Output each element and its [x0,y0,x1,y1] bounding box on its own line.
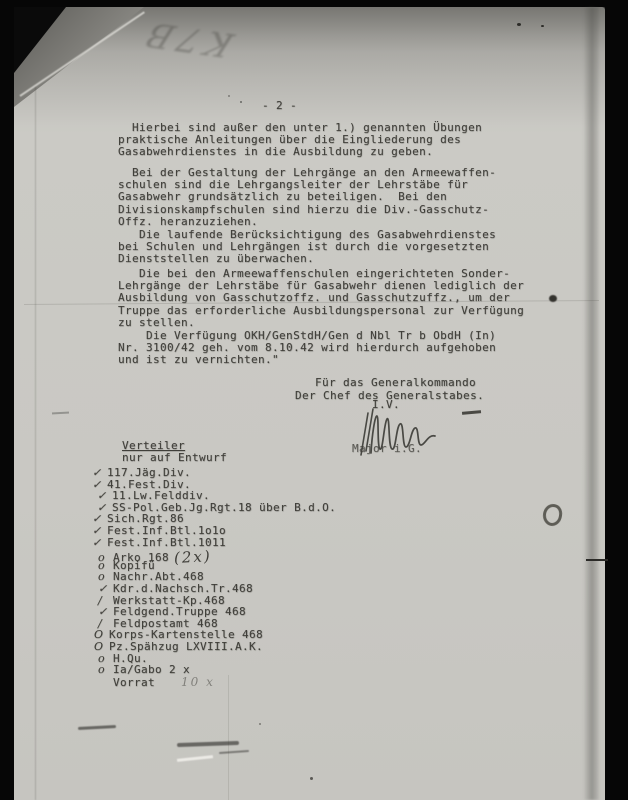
list-item: ✓Fest.Inf.Btl.1011 [92,536,336,548]
smudge [78,725,116,729]
list-item: ✓Fest.Inf.Btl.1o1o [92,524,336,536]
list-item: /Werkstatt-Kp.468 [92,594,336,606]
smudge [219,750,249,754]
circle-mark: o [98,663,113,676]
punch-hole-mark [542,503,564,527]
handwritten-annotation: (2x) [174,547,213,567]
distribution-subtitle: nur auf Entwurf [122,452,227,464]
vertical-crease-bottom [228,675,229,800]
paragraph-1: Hierbei sind außer den unter 1.) genannt… [118,122,482,159]
list-item: /Feldpostamt 468 [92,617,336,629]
list-item: oH.Qu. [92,652,336,664]
list-item: ✓117.Jäg.Div. [92,466,336,478]
speck [259,723,261,725]
edge-pen-dash [586,559,608,561]
smudge [177,741,239,747]
speck [517,23,521,26]
distribution-list: ✓117.Jäg.Div. ✓41.Fest.Div. ✓11.Lw.Feldd… [92,466,336,686]
list-item: oIa/Gabo 2 x [92,663,336,675]
white-scratch [177,755,213,762]
list-item: ✓41.Fest.Div. [92,478,336,490]
list-item: ✓Feldgend.Truppe 468 [92,605,336,617]
list-item: ✓SS-Pol.Geb.Jg.Rgt.18 über B.d.O. [92,501,336,513]
paragraph-3: Die laufende Berücksichtigung des Gasabw… [118,229,496,266]
signer-title: Major i.G. [352,443,422,455]
list-item: oArko 168(2x) [92,547,336,559]
paragraph-4: Die bei den Armeewaffenschulen eingerich… [118,268,524,329]
list-item: OPz.Spähzug LXVIII.A.K. [92,640,336,652]
list-item: oNachr.Abt.468 [92,570,336,582]
list-item: Vorrat10 x [92,675,336,687]
pen-dash [462,410,481,414]
speck [541,25,544,27]
list-item: oKopifü [92,559,336,571]
signature-line-1: Für das Generalkommando [315,377,476,389]
speck [240,101,242,103]
speck [310,777,313,780]
handwritten-annotation: 10 x [181,675,215,689]
page-number: - 2 - [262,100,297,112]
scanned-document: K7B - 2 - Hierbei sind außer den unter 1… [0,0,628,800]
document-page: K7B - 2 - Hierbei sind außer den unter 1… [14,7,605,800]
right-fold-band [583,7,599,800]
paragraph-5: Die Verfügung OKH/GenStdH/Gen d Nbl Tr b… [118,330,496,367]
speck [228,95,230,97]
left-margin-dash [52,412,69,415]
vertical-crease [35,87,36,800]
list-item: OKorps-Kartenstelle 468 [92,628,336,640]
check-mark: ✓ [92,536,107,549]
paragraph-2: Bei der Gestaltung der Lehrgänge an den … [118,167,496,228]
binder-dot [549,295,557,302]
list-item: ✓Kdr.d.Nachsch.Tr.468 [92,582,336,594]
list-item: ✓11.Lw.Felddiv. [92,489,336,501]
list-item: ✓Sich.Rgt.86 [92,512,336,524]
